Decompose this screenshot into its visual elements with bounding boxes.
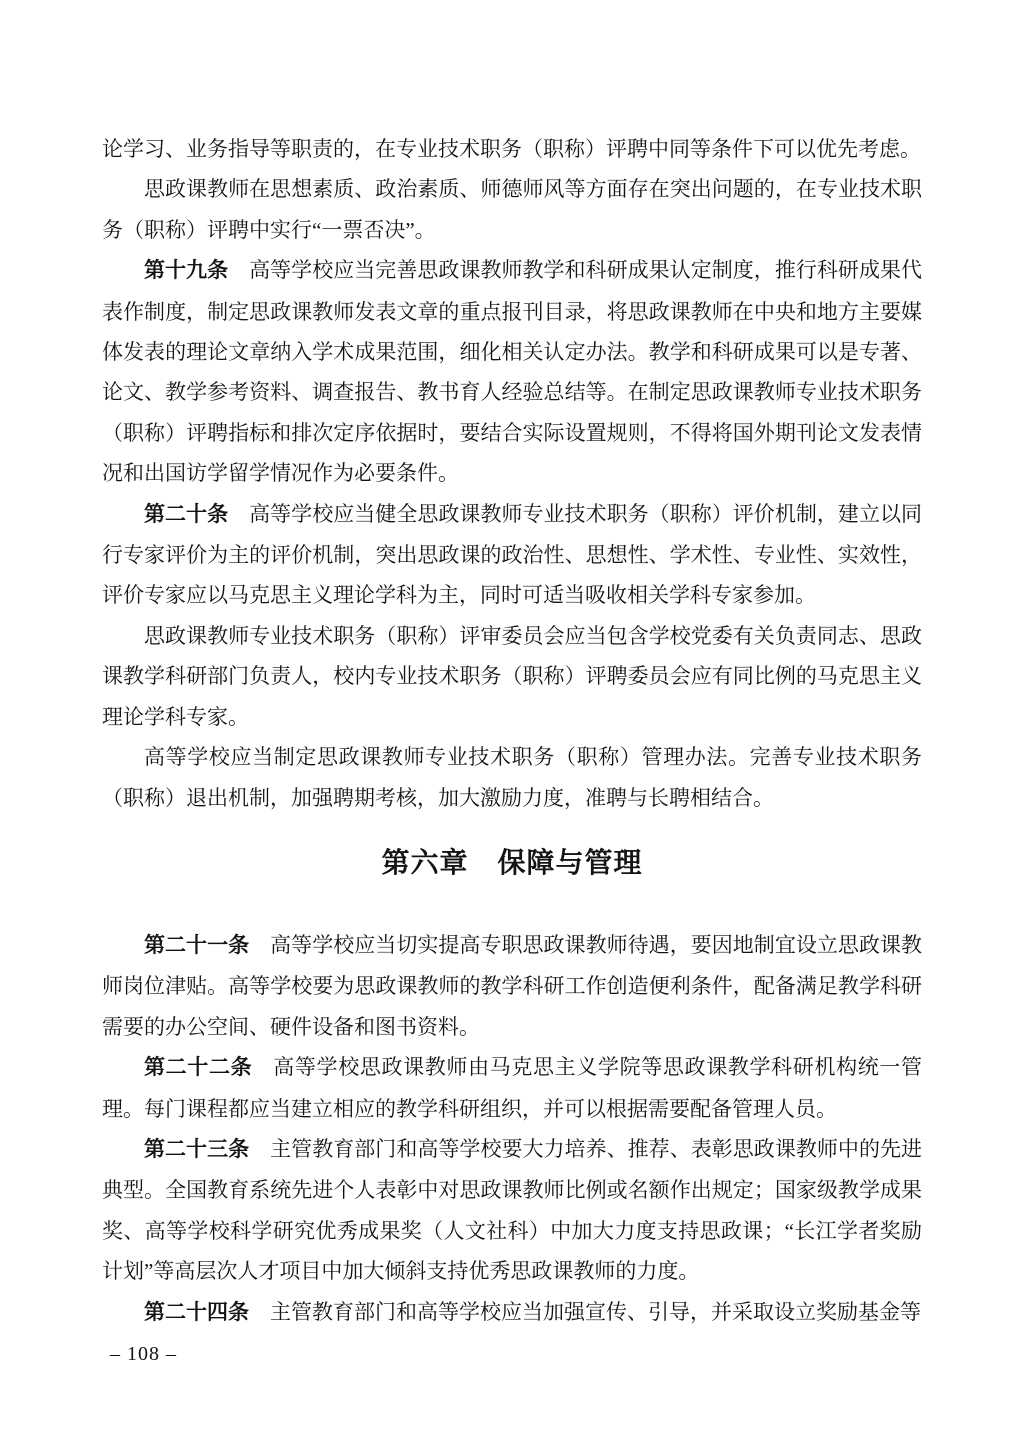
paragraph-article-19: 第十九条高等学校应当完善思政课教师教学和科研成果认定制度，推行科研成果代表作制度…: [102, 250, 922, 493]
paragraph-article-21: 第二十一条高等学校应当切实提高专职思政课教师待遇，要因地制宜设立思政课教师岗位津…: [102, 925, 922, 1047]
article-number: 第二十条: [144, 503, 228, 526]
paragraph: 思政课教师专业技术职务（职称）评审委员会应当包含学校党委有关负责同志、思政课教学…: [102, 616, 922, 737]
body-text: 论学习、业务指导等职责的，在专业技术职务（职称）评聘中同等条件下可以优先考虑。 …: [102, 129, 922, 1333]
paragraph-continuation: 论学习、业务指导等职责的，在专业技术职务（职称）评聘中同等条件下可以优先考虑。: [102, 129, 922, 169]
paragraph-article-24: 第二十四条主管教育部门和高等学校应当加强宣传、引导，并采取设立奖励基金等: [102, 1292, 922, 1333]
paragraph: 高等学校应当制定思政课教师专业技术职务（职称）管理办法。完善专业技术职务（职称）…: [102, 737, 922, 818]
paragraph-article-23: 第二十三条主管教育部门和高等学校要大力培养、推荐、表彰思政课教师中的先进典型。全…: [102, 1129, 922, 1292]
chapter-heading: 第六章 保障与管理: [102, 843, 922, 883]
document-page: 论学习、业务指导等职责的，在专业技术职务（职称）评聘中同等条件下可以优先考虑。 …: [0, 0, 1024, 1448]
article-number: 第二十四条: [144, 1301, 249, 1324]
paragraph-article-20: 第二十条高等学校应当健全思政课教师专业技术职务（职称）评价机制，建立以同行专家评…: [102, 494, 922, 616]
paragraph-article-22: 第二十二条高等学校思政课教师由马克思主义学院等思政课教学科研机构统一管理。每门课…: [102, 1047, 922, 1129]
page-number: – 108 –: [110, 1342, 177, 1366]
article-number: 第二十二条: [144, 1056, 252, 1079]
paragraph: 思政课教师在思想素质、政治素质、师德师风等方面存在突出问题的，在专业技术职务（职…: [102, 169, 922, 250]
article-number: 第十九条: [144, 259, 228, 282]
article-text: 主管教育部门和高等学校应当加强宣传、引导，并采取设立奖励基金等: [270, 1300, 921, 1324]
article-number: 第二十一条: [144, 934, 249, 957]
article-number: 第二十三条: [144, 1138, 249, 1161]
article-text: 高等学校应当完善思政课教师教学和科研成果认定制度，推行科研成果代表作制度，制定思…: [102, 258, 922, 485]
